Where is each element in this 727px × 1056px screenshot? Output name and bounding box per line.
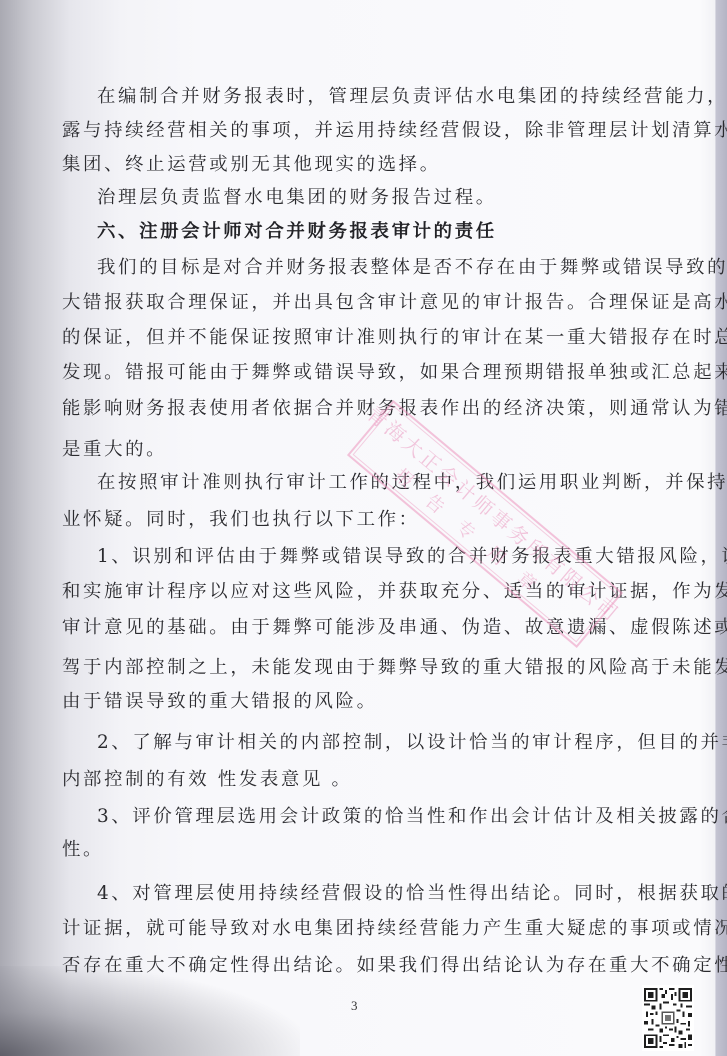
text-line: 在编制合并财务报表时，管理层负责评估水电集团的持续经营能力，披 (97, 85, 697, 109)
text-line: 能影响财务报表使用者依据合并财务报表作出的经济决策，则通常认为错报 (62, 397, 662, 421)
text-line: 集团、终止运营或别无其他现实的选择。 (62, 153, 662, 177)
text-line: 由于错误导致的重大错报的风险。 (62, 690, 662, 714)
text-line: 我们的目标是对合并财务报表整体是否不存在由于舞弊或错误导致的重 (97, 256, 697, 280)
list-item-3: 3、评价管理层选用会计政策的恰当性和作出会计估计及相关披露的合理 (97, 805, 697, 829)
text-line: 和实施审计程序以应对这些风险，并获取充分、适当的审计证据，作为发表 (62, 580, 662, 604)
text-line: 计证据，就可能导致对水电集团持续经营能力产生重大疑虑的事项或情况是 (62, 917, 662, 941)
text-line: 大错报获取合理保证，并出具包含审计意见的审计报告。合理保证是高水平 (62, 291, 662, 315)
section-heading: 六、注册会计师对合并财务报表审计的责任 (97, 220, 697, 244)
text-line: 在按照审计准则执行审计工作的过程中，我们运用职业判断，并保持职 (97, 471, 697, 495)
text-line: 驾于内部控制之上，未能发现由于舞弊导致的重大错报的风险高于未能发现 (62, 656, 662, 680)
text-line: 否存在重大不确定性得出结论。如果我们得出结论认为存在重大不确定性， (62, 954, 662, 978)
scanned-page: 在编制合并财务报表时，管理层负责评估水电集团的持续经营能力，披 露与持续经营相关… (0, 0, 727, 1056)
text-line: 内部控制的有效 性发表意见 。 (62, 768, 662, 792)
text-line: 发现。错报可能由于舞弊或错误导致，如果合理预期错报单独或汇总起来可 (62, 361, 662, 385)
list-item-1: 1、识别和评估由于舞弊或错误导致的合并财务报表重大错报风险，设计 (97, 545, 697, 569)
text-line: 露与持续经营相关的事项，并运用持续经营假设，除非管理层计划清算水电 (62, 119, 662, 143)
page-number: 3 (351, 998, 358, 1014)
text-line: 审计意见的基础。由于舞弊可能涉及串通、伪造、故意遗漏、虚假陈述或凌 (62, 616, 662, 640)
list-item-4: 4、对管理层使用持续经营假设的恰当性得出结论。同时，根据获取的审 (97, 882, 697, 906)
scan-shadow (0, 966, 300, 1056)
qr-code-icon (642, 985, 694, 1051)
text-line: 是重大的。 (62, 438, 662, 462)
text-line: 治理层负责监督水电集团的财务报告过程。 (97, 186, 697, 210)
list-item-2: 2、了解与审计相关的内部控制，以设计恰当的审计程序，但目的并非对 (97, 731, 697, 755)
text-line: 的保证，但并不能保证按照审计准则执行的审计在某一重大错报存在时总能 (62, 326, 662, 350)
text-line: 业怀疑。同时，我们也执行以下工作： (62, 508, 662, 532)
text-line: 性。 (62, 838, 662, 862)
